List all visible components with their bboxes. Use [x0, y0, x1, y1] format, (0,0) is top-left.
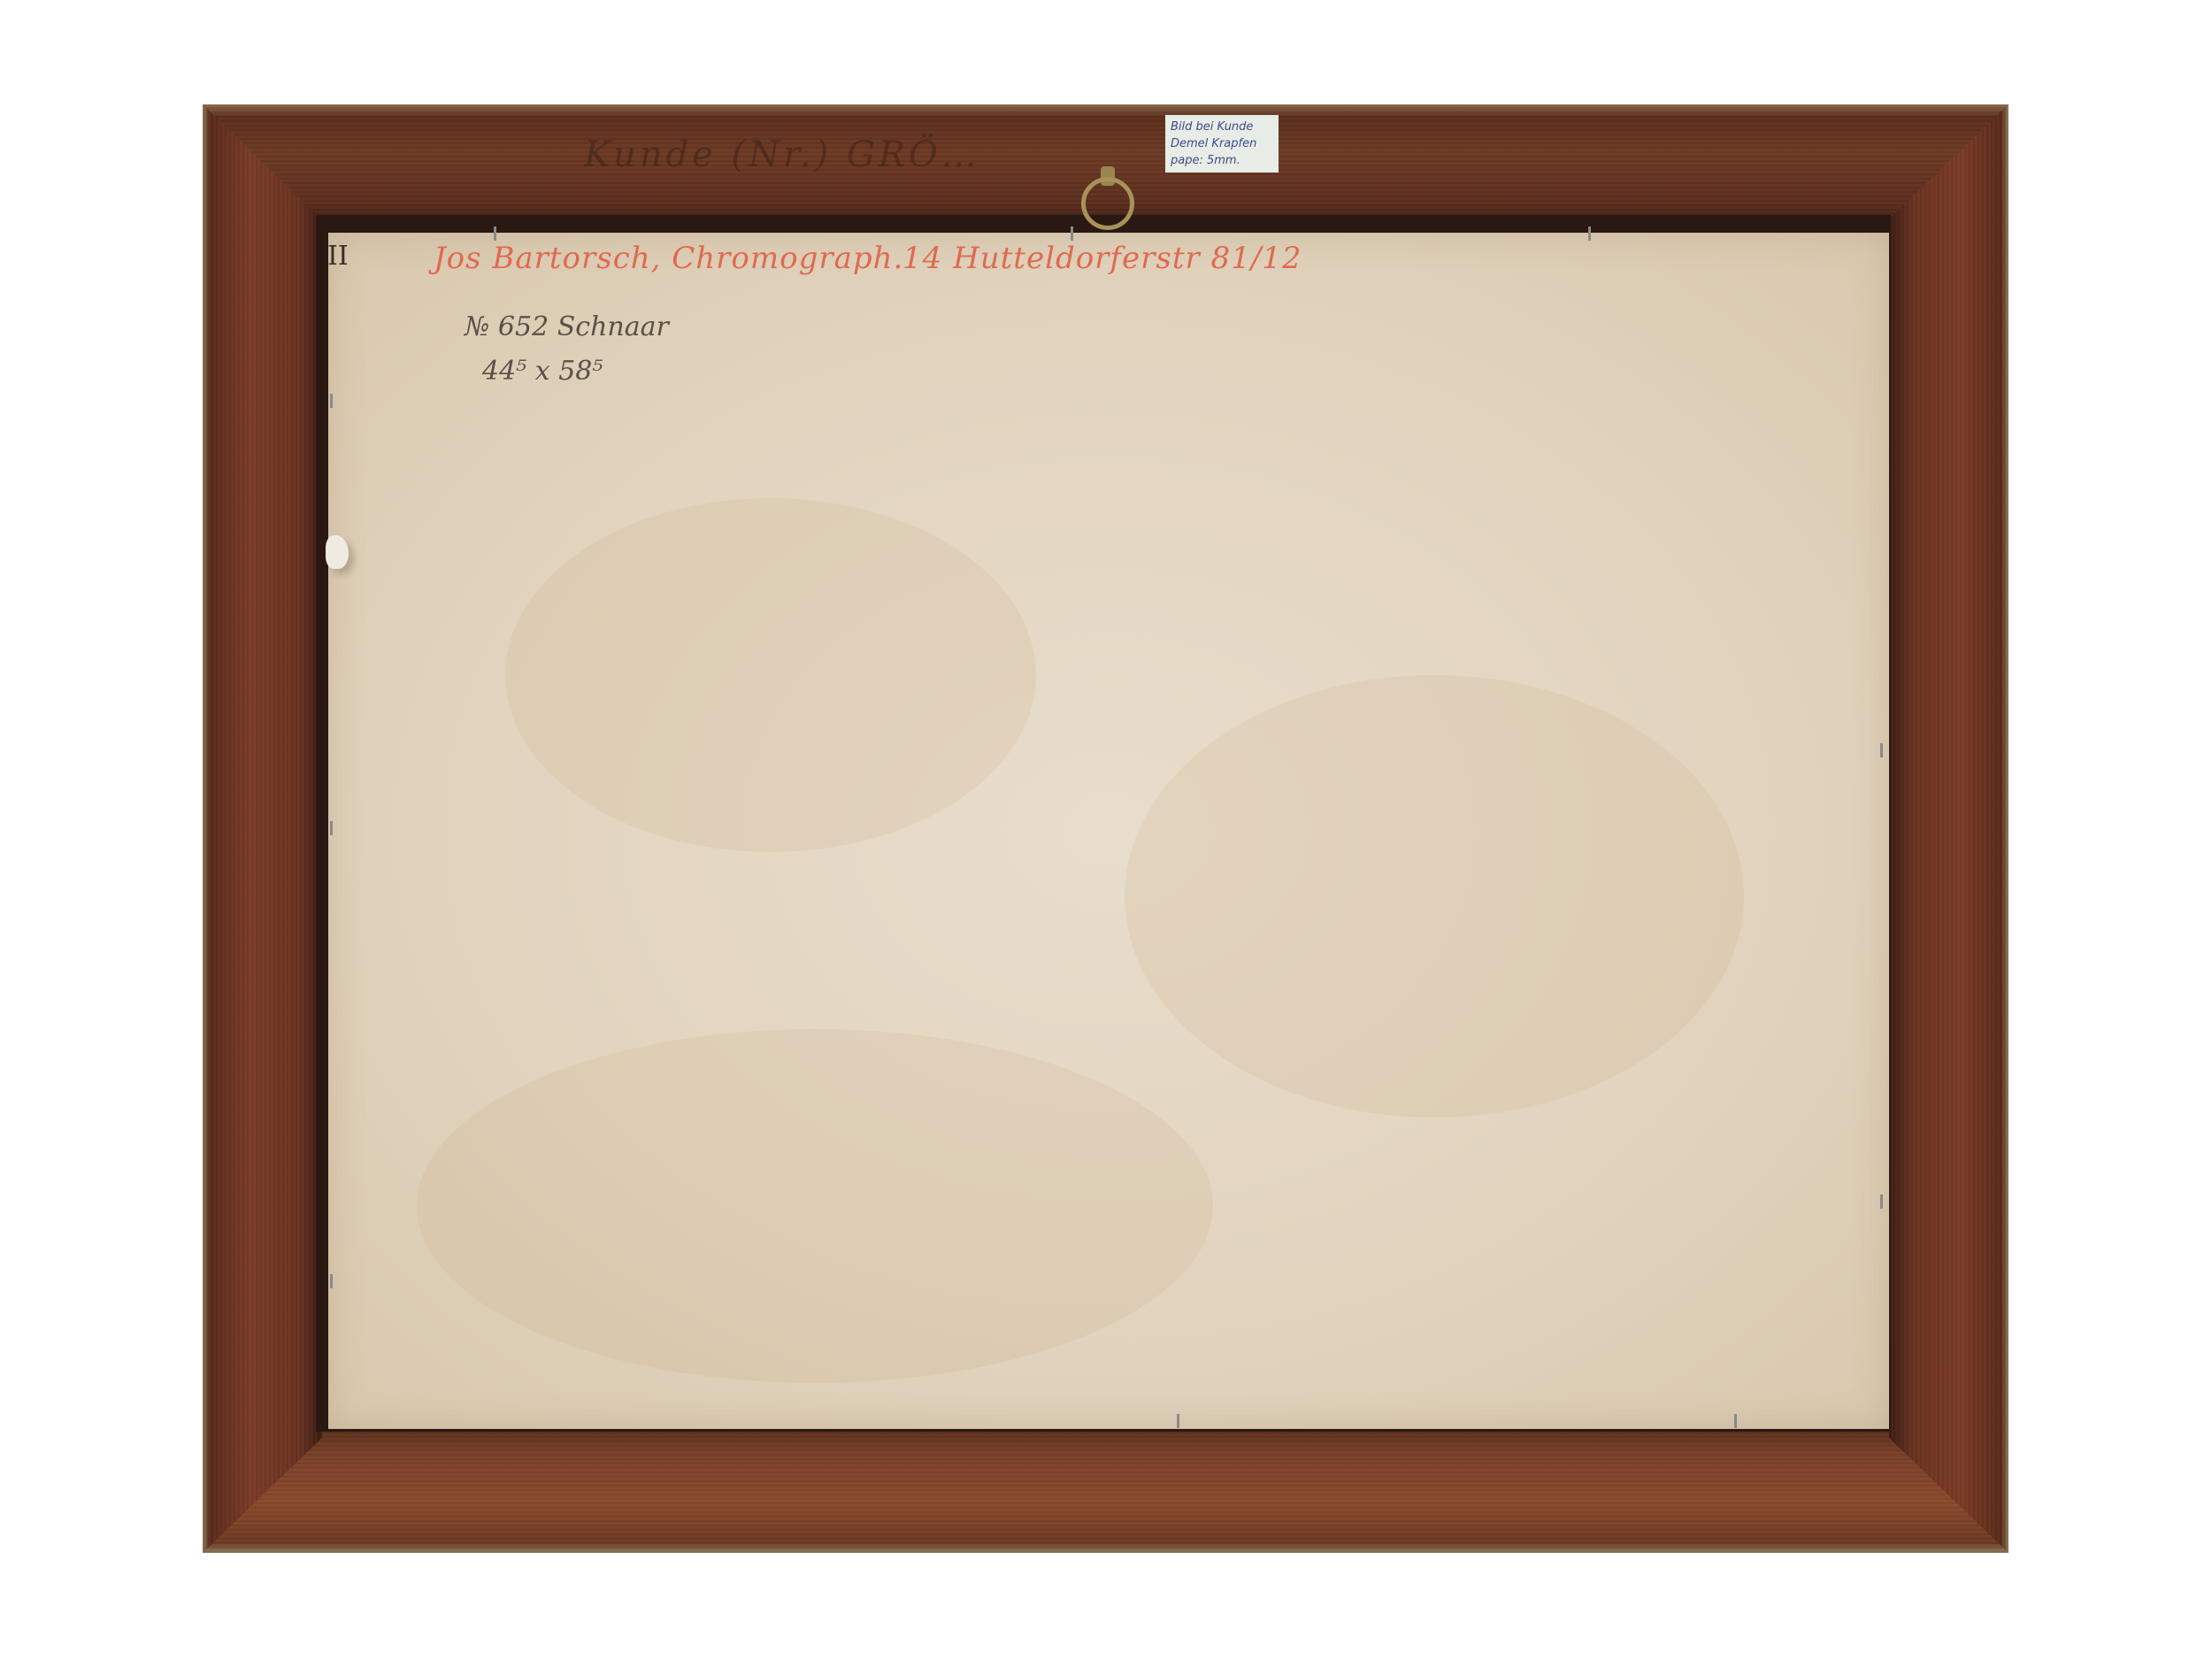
label-line: Bild bei Kunde — [1171, 119, 1273, 135]
nail — [1880, 743, 1883, 757]
frame-bottom-rail — [203, 1429, 2008, 1553]
nail — [1071, 227, 1073, 241]
nail — [330, 821, 333, 835]
corner-mark: II — [327, 241, 349, 272]
nail — [1177, 1414, 1179, 1428]
red-inscription-part1: Jos Bartorsch, Chromograph. — [434, 241, 903, 276]
frame-right-rail — [1889, 104, 2008, 1553]
label-sticker: Bild bei Kunde Demel Krapfen pape: 5mm. — [1165, 115, 1279, 173]
nail — [330, 394, 333, 408]
dimensions-note: 44⁵ x 58⁵ — [482, 356, 603, 387]
paper-tear — [326, 535, 349, 569]
hanging-ring-icon — [1081, 177, 1134, 230]
backing-board — [328, 233, 1889, 1429]
nail — [1734, 1414, 1737, 1428]
nail — [494, 227, 496, 241]
frame-pencil-inscription: Kunde (Nr.) GRÖ… — [584, 134, 980, 175]
label-line: pape: 5mm. — [1171, 152, 1273, 169]
nail — [1588, 227, 1591, 241]
nail — [1880, 1194, 1883, 1209]
label-line: Demel Krapfen — [1171, 135, 1273, 152]
frame-left-rail — [203, 104, 322, 1553]
catalog-number: № 652 Schnaar — [465, 311, 669, 342]
nail — [330, 1274, 333, 1288]
red-inscription-part2: 14 Hutteldorferstr 81/12 — [902, 241, 1302, 276]
